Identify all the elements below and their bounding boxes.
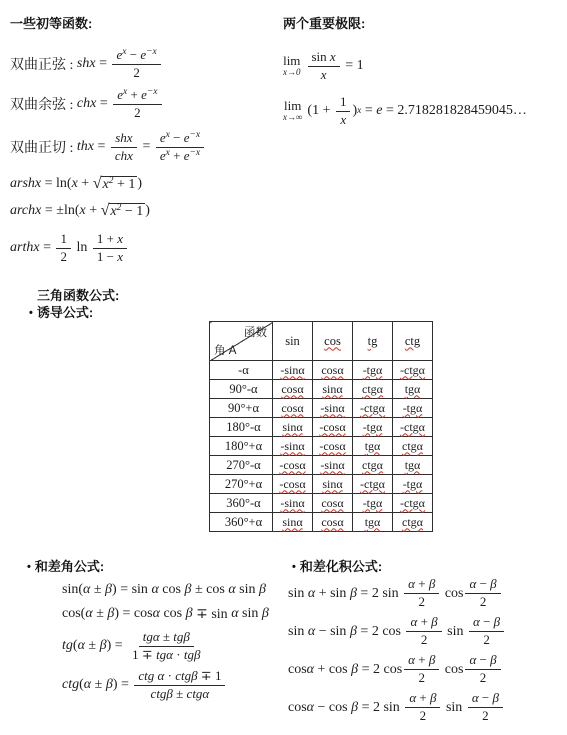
formula-sin-sum-diff: sin(α ± β) = sin α cos β ± cos α sin β	[62, 579, 269, 601]
math-var: β	[430, 690, 436, 705]
induction-title-label: 诱导公式:	[37, 305, 93, 320]
math-superscript: −x	[146, 47, 157, 57]
formula-limit-sinx-over-x: limx→0sin xx = 1	[283, 46, 527, 86]
math-var: α	[153, 606, 160, 622]
math-var: x	[117, 231, 123, 246]
value-cell: -ctgα	[353, 399, 393, 418]
math-text: =	[139, 139, 154, 155]
table-row: 270°-α-cosα-sinαctgαtgα	[210, 456, 433, 475]
column-header-sin: sin	[273, 322, 313, 361]
math-text: ln	[73, 240, 91, 256]
math-text: 2	[418, 670, 425, 685]
math-var: β	[350, 586, 357, 602]
math-text: ±	[91, 677, 106, 693]
value-label: -ctgα	[400, 496, 425, 510]
value-label: -tgα	[403, 401, 423, 415]
column-header-label: sin	[285, 334, 300, 348]
math-text: + cos	[314, 662, 351, 678]
math-text: =	[361, 103, 376, 119]
column-header-label: cos	[324, 334, 341, 348]
value-cell: -tgα	[393, 475, 433, 494]
math-var: chx	[115, 148, 133, 163]
math-var: arshx	[10, 176, 41, 192]
math-fraction: α + β2	[405, 691, 440, 724]
limits-formulas-block: limx→0sin xx = 1 limx→∞(1 + 1x)x = e = 2…	[283, 46, 527, 136]
sum-to-product-title-label: 和差化积公式:	[300, 559, 382, 574]
math-var: β	[351, 700, 358, 716]
angle-cell: 270°+α	[210, 475, 273, 494]
value-cell: ctgα	[393, 437, 433, 456]
math-text: = 2.718281828459045…	[383, 103, 527, 119]
value-label: cosα	[321, 363, 343, 377]
math-text: = ±ln(	[41, 203, 79, 219]
math-text: +	[170, 148, 184, 163]
math-fraction: ex − e−xex + e−x	[156, 131, 204, 164]
math-text: ) = cos	[114, 606, 152, 622]
math-text: 2	[482, 708, 489, 723]
math-var: α	[472, 690, 479, 705]
math-var: α	[83, 582, 90, 598]
math-var: tgβ	[184, 647, 201, 662]
value-cell: -cosα	[313, 418, 353, 437]
table-row: 360°+αsinαcosαtgαctgα	[210, 513, 433, 532]
value-label: -cosα	[279, 458, 305, 472]
table-row: 270°+α-cosαsinα-ctgα-tgα	[210, 475, 433, 494]
math-fraction: ex − e−x2	[112, 48, 160, 81]
value-cell: -tgα	[353, 418, 393, 437]
induction-table: 函数 角 A sincostgctg -α-sinαcosα-tgα-ctgα9…	[209, 321, 433, 532]
math-sqrt: √x2 − 1	[101, 203, 146, 220]
math-var: β	[429, 652, 435, 667]
document-page: 一些初等函数: 两个重要极限: 双曲正弦 : shx = ex − e−x2 双…	[0, 0, 567, 735]
math-text: +	[86, 203, 101, 219]
value-cell: -ctgα	[393, 494, 433, 513]
subsection-title-sum-diff: •和差角公式:	[27, 556, 104, 575]
elementary-formulas-block: 双曲正弦 : shx = ex − e−x2 双曲余弦 : chx = ex +…	[10, 46, 206, 266]
math-text: sin	[288, 586, 308, 602]
math-var: x	[321, 67, 327, 82]
math-var: α	[473, 614, 480, 629]
math-var: α	[231, 606, 238, 622]
value-cell: -ctgα	[393, 361, 433, 380]
value-label: -ctgα	[400, 420, 425, 434]
math-var: β	[106, 677, 113, 693]
sum-to-product-formulas-block: sin α + sin β = 2 sin α + β2 cosα − β2 s…	[288, 575, 506, 727]
math-text: 1 −	[97, 249, 117, 264]
math-fraction: sin xx	[308, 50, 340, 83]
value-cell: sinα	[313, 475, 353, 494]
math-var: tgα	[143, 629, 160, 644]
math-text: ± cos	[191, 582, 228, 598]
math-text: 1 ∓	[132, 647, 156, 662]
math-text: cos	[441, 662, 463, 678]
value-label: ctgα	[402, 515, 423, 529]
math-text: ±	[160, 629, 174, 644]
math-superscript: −x	[189, 130, 200, 140]
value-label: -tgα	[403, 477, 423, 491]
math-var: α	[151, 582, 158, 598]
math-var: β	[259, 582, 266, 598]
math-text: 双曲正弦 :	[10, 54, 77, 74]
value-label: ctgα	[362, 458, 383, 472]
value-label: -tgα	[363, 363, 383, 377]
math-superscript: −x	[147, 87, 158, 97]
math-text: = 2 sin	[357, 586, 402, 602]
math-var: β	[186, 606, 193, 622]
column-header-label: ctg	[405, 334, 420, 348]
math-var: β	[431, 614, 437, 629]
math-text: 1	[60, 231, 67, 246]
math-text: = 2 cos	[358, 662, 402, 678]
math-text: = ln(	[41, 176, 71, 192]
value-label: -sinα	[320, 401, 344, 415]
math-sqrt: √x2 + 1	[93, 176, 138, 193]
math-text: =	[40, 240, 55, 256]
math-text: +	[415, 576, 429, 591]
math-fraction: α − β2	[465, 653, 500, 686]
math-text: ∓ 1	[198, 668, 222, 683]
angle-cell: 180°+α	[210, 437, 273, 456]
table-row: -α-sinαcosα-tgα-ctgα	[210, 361, 433, 380]
value-cell: -ctgα	[353, 475, 393, 494]
math-var: arthx	[10, 240, 40, 256]
math-text: 2	[480, 670, 487, 685]
angle-cell: -α	[210, 361, 273, 380]
value-cell: -sinα	[273, 437, 313, 456]
value-cell: tgα	[353, 437, 393, 456]
value-cell: ctgα	[393, 513, 433, 532]
angle-cell: 90°-α	[210, 380, 273, 399]
table-row: 90°-αcosαsinαctgαtgα	[210, 380, 433, 399]
math-text: ±	[90, 582, 105, 598]
value-label: -cosα	[319, 420, 345, 434]
bullet-icon: •	[27, 561, 31, 573]
value-cell: tgα	[393, 456, 433, 475]
angle-cell: 360°+α	[210, 513, 273, 532]
math-text: 1 +	[97, 231, 117, 246]
value-label: -sinα	[320, 458, 344, 472]
math-text: =	[96, 56, 111, 72]
math-var: β	[490, 576, 496, 591]
math-text: ±	[93, 606, 108, 622]
math-fraction: α + β2	[404, 577, 439, 610]
table-row: 180°+α-sinα-cosαtgαctgα	[210, 437, 433, 456]
subsection-title-induction: •诱导公式:	[29, 302, 93, 321]
math-text: ·	[164, 668, 175, 683]
table-corner-cell: 函数 角 A	[210, 322, 273, 361]
value-cell: ctgα	[353, 380, 393, 399]
value-cell: cosα	[313, 513, 353, 532]
value-label: ctgα	[402, 439, 423, 453]
value-cell: -cosα	[313, 437, 353, 456]
value-label: tgα	[365, 439, 381, 453]
value-cell: -cosα	[273, 456, 313, 475]
value-cell: -cosα	[273, 475, 313, 494]
math-fraction: ex + e−x2	[113, 88, 161, 121]
math-var: α	[84, 677, 91, 693]
math-text: + sin	[315, 586, 350, 602]
math-text: −	[126, 47, 140, 62]
value-label: sinα	[322, 477, 342, 491]
formula-hyperbolic-tangent: 双曲正切 : thx = shxchx = ex − e−xex + e−x	[10, 129, 206, 165]
math-text: +	[417, 614, 431, 629]
math-var: β	[105, 582, 112, 598]
math-text: − sin	[315, 624, 350, 640]
value-cell: -ctgα	[393, 418, 433, 437]
column-header-label: tg	[368, 334, 378, 348]
math-text: +	[78, 176, 93, 192]
math-var: x	[117, 249, 123, 264]
math-fraction: 12	[56, 232, 71, 265]
math-var: α	[307, 662, 314, 678]
table-row: 180°-αsinα-cosα-tgα-ctgα	[210, 418, 433, 437]
math-text: cos	[288, 700, 307, 716]
math-var: shx	[77, 56, 96, 72]
math-text: 2	[483, 632, 490, 647]
math-var: tgβ	[173, 629, 190, 644]
math-var: β	[184, 582, 191, 598]
math-text: − 1	[121, 204, 143, 219]
math-fraction: 1x	[336, 95, 351, 128]
formula-limit-e: limx→∞(1 + 1x)x = e = 2.718281828459045…	[283, 91, 527, 131]
value-cell: -sinα	[273, 494, 313, 513]
math-text: +	[127, 87, 141, 102]
column-header-cos: cos	[313, 322, 353, 361]
math-var: shx	[115, 130, 132, 145]
corner-label-angle: 角 A	[214, 342, 236, 358]
math-text: )	[145, 203, 150, 219]
math-text: − cos	[314, 700, 351, 716]
math-var: α	[228, 582, 235, 598]
column-header-ctg: ctg	[393, 322, 433, 361]
value-cell: cosα	[273, 380, 313, 399]
math-var: β	[351, 662, 358, 678]
formula-arth: arthx = 12 ln 1 + x1 − x	[10, 230, 206, 266]
formula-hyperbolic-sine: 双曲正弦 : shx = ex − e−x2	[10, 46, 206, 82]
value-label: -tgα	[363, 496, 383, 510]
value-label: -cosα	[319, 439, 345, 453]
math-text: cos(	[62, 606, 85, 622]
formula-ctg-sum-diff: ctg(α ± β) = ctg α · ctgβ ∓ 1ctgβ ± ctgα	[62, 666, 269, 704]
value-cell: tgα	[393, 380, 433, 399]
value-label: tgα	[405, 458, 421, 472]
math-text: sin(	[62, 582, 83, 598]
value-cell: -sinα	[273, 361, 313, 380]
math-text: sin	[239, 606, 262, 622]
math-text: cos	[441, 586, 463, 602]
math-fraction: shxchx	[111, 131, 137, 164]
value-cell: sinα	[313, 380, 353, 399]
math-var: ctgα	[187, 686, 210, 701]
math-text: 2	[60, 249, 67, 264]
math-var: x	[340, 112, 346, 127]
math-text: ) =	[113, 677, 133, 693]
corner-label-function: 函数	[244, 324, 267, 340]
value-label: cosα	[321, 496, 343, 510]
formula-cos-plus-cos: cosα + cos β = 2 cosα + β2 cosα − β2	[288, 651, 506, 688]
value-cell: -sinα	[313, 456, 353, 475]
math-var: α	[78, 638, 85, 654]
math-fraction: α + β2	[406, 615, 441, 648]
table-row: 90°+αcosα-sinα-ctgα-tgα	[210, 399, 433, 418]
formula-hyperbolic-cosine: 双曲余弦 : chx = ex + e−x2	[10, 86, 206, 122]
value-label: sinα	[282, 420, 302, 434]
math-text: =	[94, 139, 109, 155]
bullet-icon: •	[292, 561, 296, 573]
math-var: ctg	[62, 677, 79, 693]
math-var: α	[408, 576, 415, 591]
math-text: +	[415, 652, 429, 667]
value-label: cosα	[321, 515, 343, 529]
math-text: 2	[134, 105, 141, 120]
column-header-tg: tg	[353, 322, 393, 361]
value-label: -sinα	[280, 496, 304, 510]
angle-cell: 360°-α	[210, 494, 273, 513]
sum-diff-title-label: 和差角公式:	[35, 559, 104, 574]
math-text: ±	[173, 686, 187, 701]
math-var: ctgβ	[175, 668, 197, 683]
table-row: 360°-α-sinαcosα-tgα-ctgα	[210, 494, 433, 513]
math-text: sin	[442, 700, 465, 716]
math-text: −	[476, 576, 490, 591]
math-text: 2	[420, 708, 427, 723]
value-cell: -tgα	[393, 399, 433, 418]
math-fraction: 1 + x1 − x	[93, 232, 127, 265]
math-text: 2	[480, 594, 487, 609]
math-var: ctg α	[138, 668, 164, 683]
subsection-title-sum-to-product: •和差化积公式:	[292, 556, 382, 575]
math-fraction: α − β2	[469, 615, 504, 648]
math-text: ) = sin	[112, 582, 151, 598]
math-text: −	[170, 130, 184, 145]
math-text: )	[137, 176, 142, 192]
math-text: sin	[312, 49, 330, 64]
value-label: tgα	[405, 382, 421, 396]
angle-cell: 90°+α	[210, 399, 273, 418]
table-header-row: 函数 角 A sincostgctg	[210, 322, 433, 361]
math-text: 双曲余弦 :	[10, 94, 77, 114]
math-text: ∓ sin	[193, 606, 232, 623]
math-var: ctgβ	[151, 686, 173, 701]
math-text: sin	[288, 624, 308, 640]
value-cell: cosα	[313, 361, 353, 380]
math-text: 2	[421, 632, 428, 647]
math-limit: limx→0	[283, 54, 301, 77]
induction-table-body: -α-sinαcosα-tgα-ctgα90°-αcosαsinαctgαtgα…	[210, 361, 433, 532]
formula-arch: archx = ±ln(x + √x2 − 1)	[10, 201, 206, 221]
math-limit: limx→∞	[283, 99, 302, 122]
section-title-elementary: 一些初等函数:	[10, 13, 92, 32]
value-label: sinα	[282, 515, 302, 529]
math-fraction: α − β2	[468, 691, 503, 724]
math-text: −	[480, 614, 494, 629]
math-text: sin	[236, 582, 259, 598]
math-text: ) =	[107, 638, 127, 654]
value-label: -sinα	[280, 363, 304, 377]
math-superscript: −x	[189, 148, 200, 158]
value-cell: -tgα	[353, 494, 393, 513]
value-cell: sinα	[273, 418, 313, 437]
value-label: -cosα	[279, 477, 305, 491]
value-label: -tgα	[363, 420, 383, 434]
math-fraction: tgα ± tgβ1 ∓ tgα · tgβ	[128, 630, 204, 663]
value-cell: sinα	[273, 513, 313, 532]
math-text: ±	[85, 638, 100, 654]
section-title-limits: 两个重要极限:	[283, 13, 365, 32]
formula-cos-minus-cos: cosα − cos β = 2 sin α + β2 sin α − β2	[288, 689, 506, 726]
math-var: α	[308, 624, 315, 640]
math-text: 1	[340, 94, 347, 109]
value-label: -ctgα	[360, 401, 385, 415]
value-label: ctgα	[362, 382, 383, 396]
formula-sin-plus-sin: sin α + sin β = 2 sin α + β2 cosα − β2	[288, 575, 506, 612]
math-var: α	[307, 700, 314, 716]
math-text: 2	[133, 65, 140, 80]
angle-cell: 180°-α	[210, 418, 273, 437]
math-var: tg	[62, 638, 73, 654]
math-text: +	[416, 690, 430, 705]
math-var: archx	[10, 203, 41, 219]
angle-cell: 270°-α	[210, 456, 273, 475]
value-cell: ctgα	[353, 456, 393, 475]
value-cell: -tgα	[353, 361, 393, 380]
math-var: β	[350, 624, 357, 640]
math-var: α	[85, 606, 92, 622]
formula-sin-minus-sin: sin α − sin β = 2 cos α + β2 sin α − β2	[288, 613, 506, 650]
math-text: sin	[444, 624, 467, 640]
math-var: β	[494, 614, 500, 629]
math-fraction: ctg α · ctgβ ∓ 1ctgβ ± ctgα	[134, 669, 225, 702]
math-var: β	[100, 638, 107, 654]
sum-diff-formulas-block: sin(α ± β) = sin α cos β ± cos α sin β c…	[62, 579, 269, 705]
math-text: −	[479, 690, 493, 705]
value-label: tgα	[365, 515, 381, 529]
math-var: thx	[77, 139, 94, 155]
math-text: + 1	[113, 177, 135, 192]
math-text: cos	[288, 662, 307, 678]
value-label: cosα	[281, 382, 303, 396]
value-cell: cosα	[313, 494, 353, 513]
formula-cos-sum-diff: cos(α ± β) = cosα cos β ∓ sin α sin β	[62, 603, 269, 625]
math-var: α	[308, 586, 315, 602]
value-cell: cosα	[273, 399, 313, 418]
math-text: = 2 sin	[358, 700, 403, 716]
value-label: cosα	[281, 401, 303, 415]
math-var: β	[429, 576, 435, 591]
value-label: sinα	[322, 382, 342, 396]
formula-arsh: arshx = ln(x + √x2 + 1)	[10, 174, 206, 194]
math-var: tgα	[156, 647, 173, 662]
value-cell: tgα	[353, 513, 393, 532]
math-text: = 1	[342, 58, 364, 74]
math-text: = 2 cos	[357, 624, 405, 640]
math-text: 2	[418, 594, 425, 609]
math-text: cos	[159, 582, 185, 598]
math-text: cos	[160, 606, 186, 622]
value-cell: -sinα	[313, 399, 353, 418]
value-label: -ctgα	[400, 363, 425, 377]
math-fraction: α + β2	[404, 653, 439, 686]
math-fraction: α − β2	[465, 577, 500, 610]
math-text: ·	[173, 647, 184, 662]
math-text: 双曲正切 :	[10, 137, 77, 157]
math-var: β	[262, 606, 269, 622]
math-text: −	[476, 652, 490, 667]
math-text: (1 +	[307, 103, 334, 119]
value-label: -ctgα	[360, 477, 385, 491]
bullet-icon: •	[29, 307, 33, 319]
math-text: =	[96, 96, 111, 112]
